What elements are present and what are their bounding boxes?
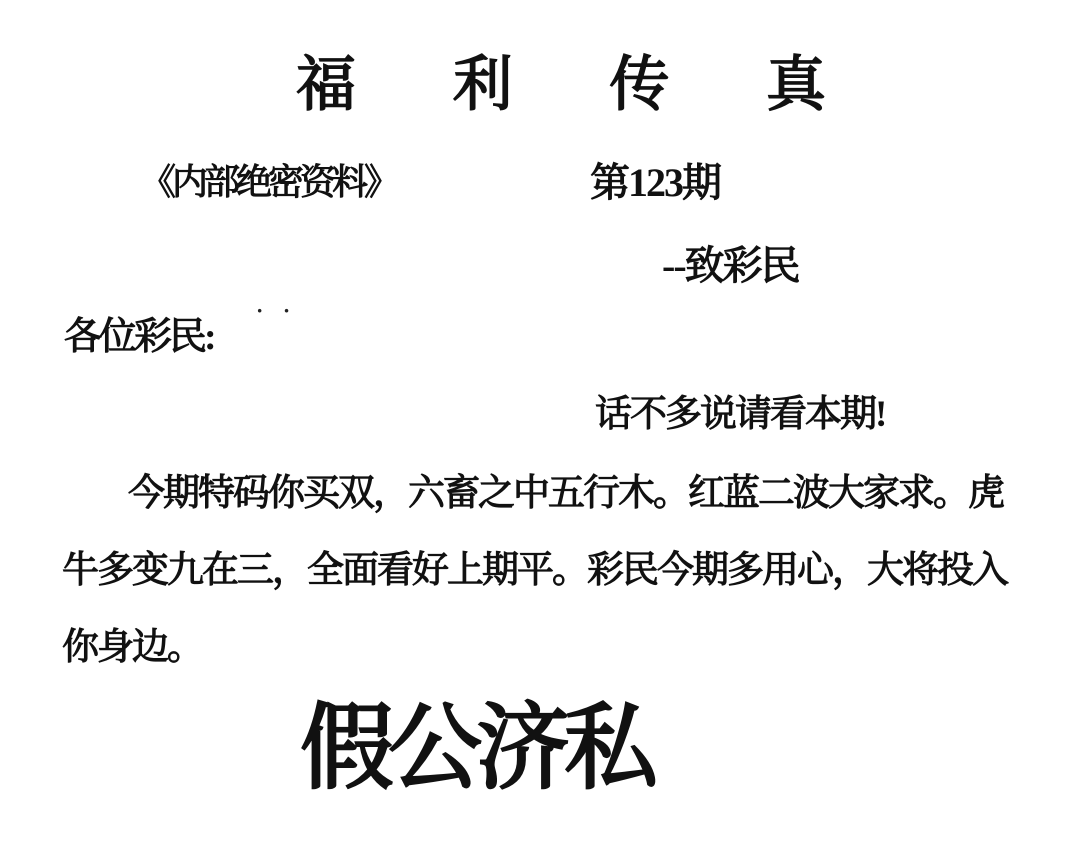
document-title: 福 利 传 真 [296,55,866,115]
intro-line: 话不多说请看本期! [595,396,885,433]
footer-phrase: 假公济私 [300,702,652,796]
dedication-line: --致彩民 [662,246,799,286]
issue-number: 第123期 [590,163,720,203]
body-paragraph-line-2: 牛多变九在三，全面看好上期平。彩民今期多用心，大将投入 [62,552,1007,589]
scan-noise-dots: · · [256,300,297,322]
body-paragraph-line-1: 今期特码你买双，六畜之中五行木。红蓝二波大家求。虎 [128,475,1003,512]
classification-label: 《内部绝密资料》 [140,164,396,200]
fax-document-page: 福 利 传 真 《内部绝密资料》 第123期 --致彩民 · · 各位彩民: 话… [0,0,1080,841]
salutation-line: 各位彩民: [64,318,214,356]
body-paragraph-line-3: 你身边。 [62,629,202,666]
